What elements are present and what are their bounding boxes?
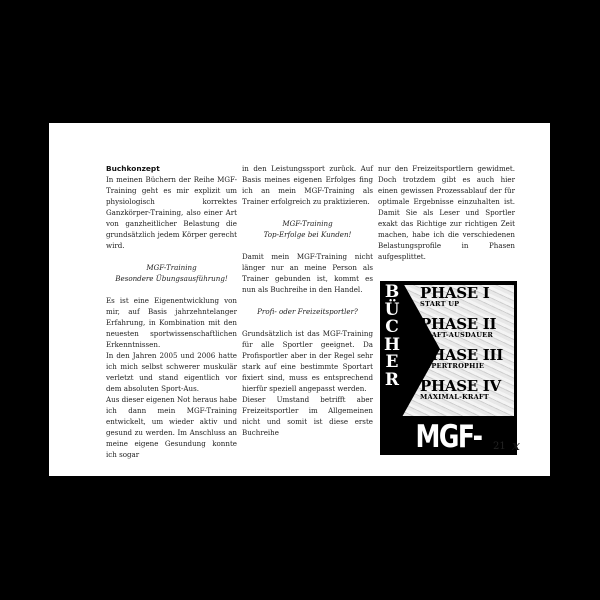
paragraph: Dieser Umstand betrifft aber Freizeitspo… xyxy=(242,394,373,438)
vertical-label: B Ü C H E R xyxy=(382,284,402,389)
page-mark-icon: x xyxy=(512,439,520,454)
subheading: Profi- oder Freizeitsportler? xyxy=(242,306,373,317)
paragraph: Grundsätzlich ist das MGF-Training für a… xyxy=(242,328,373,394)
callout-subtitle: Besondere Übungsausführung! xyxy=(106,273,237,284)
phase-2: PHASE II KRAFT-AUSDAUER xyxy=(420,317,496,339)
text-column-3: nur den Freizeitsportlern gewidmet. Doch… xyxy=(378,163,515,262)
paragraph: nur den Freizeitsportlern gewidmet. Doch… xyxy=(378,163,515,262)
phase-4: PHASE IV MAXIMAL-KRAFT xyxy=(420,379,501,401)
callout-subtitle: Top-Erfolge bei Kunden! xyxy=(242,229,373,240)
paragraph: In meinen Büchern der Reihe MGF-Training… xyxy=(106,174,237,251)
paragraph: Damit mein MGF-Training nicht länger nur… xyxy=(242,251,373,295)
callout-title: MGF-Training xyxy=(242,218,373,229)
phase-3: PHASE III HYPERTROPHIE xyxy=(420,348,503,370)
phase-1: PHASE I START UP xyxy=(420,286,490,308)
section-heading: Buchkonzept xyxy=(106,163,237,174)
text-column-1: Buchkonzept In meinen Büchern der Reihe … xyxy=(106,163,237,460)
book-page: Buchkonzept In meinen Büchern der Reihe … xyxy=(49,123,550,476)
callout-title: MGF-Training xyxy=(106,262,237,273)
paragraph: In den Jahren 2005 und 2006 hatte ich mi… xyxy=(106,350,237,394)
paragraph: Es ist eine Eigenentwicklung von mir, au… xyxy=(106,295,237,350)
text-column-2: in den Leistungssport zurück. Auf Basis … xyxy=(242,163,373,438)
paragraph: in den Leistungssport zurück. Auf Basis … xyxy=(242,163,373,207)
paragraph: Aus dieser eigenen Not heraus habe ich d… xyxy=(106,394,237,460)
book-series-graphic: B Ü C H E R PHASE I START UP PHASE II KR… xyxy=(380,281,517,455)
page-number: 21 xyxy=(493,441,506,452)
